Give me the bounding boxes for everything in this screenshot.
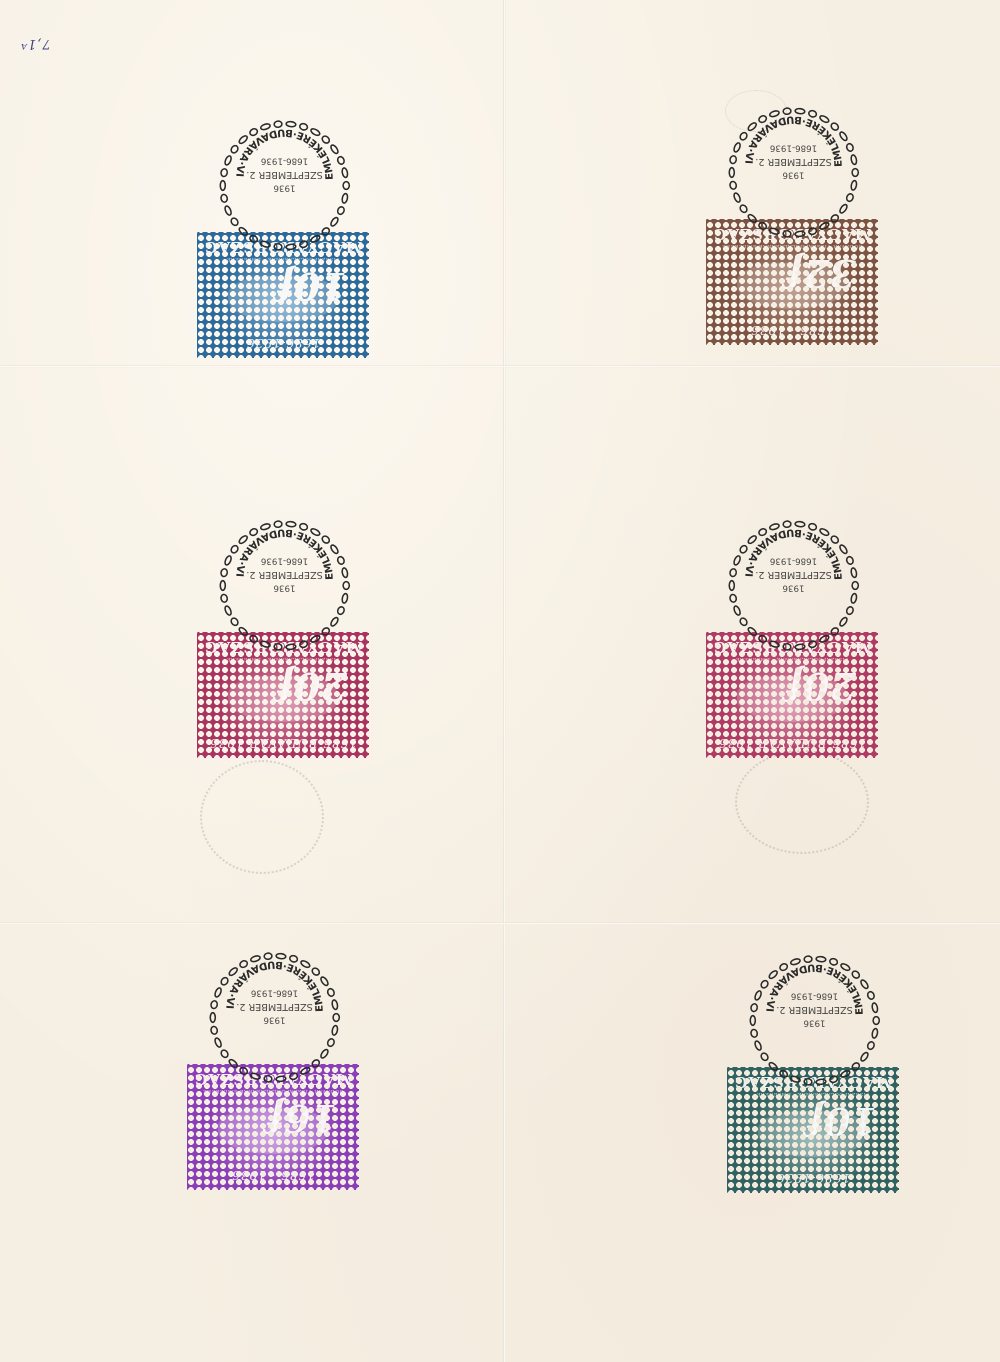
svg-text:1936: 1936 <box>803 1018 825 1028</box>
stamp-denomination: 32f <box>787 251 856 296</box>
stamp-ribbon-text: VISSZAFOGLALÁSÁNAK · EMLÉKÉRE <box>756 1091 869 1097</box>
ghost-postmark-offset <box>200 760 324 874</box>
pencil-annotation: 7,1ᴬ <box>20 36 51 51</box>
stamp-denomination: 10f <box>808 1099 877 1144</box>
stamp-vignette: 32f <box>714 249 870 323</box>
svg-text:1686-1936: 1686-1936 <box>791 991 838 1001</box>
svg-text:SZEPTEMBER 2.: SZEPTEMBER 2. <box>776 1004 852 1015</box>
postmark-svg: K·EMLÉKÉRE·BUDAVÁRA·VISS1686-1936SZEPTEM… <box>747 953 882 1088</box>
chain-postmark: K·EMLÉKÉRE·BUDAVÁRA·VISS1686-1936SZEPTEM… <box>217 518 352 653</box>
svg-text:SZEPTEMBER 2.: SZEPTEMBER 2. <box>755 156 831 167</box>
stamp-denomination: 20f <box>278 664 347 709</box>
stamp-ribbon-text: BUDAVÁR VISSZAFOGLALÁSÁNAK EMLÉKÉRE <box>722 243 863 249</box>
stamp-ribbon-text: BUDAVÁR VISSZAFOGLALÁSÁNAK EMLÉKÉRE <box>203 1088 344 1094</box>
svg-text:1686-1936: 1686-1936 <box>261 156 308 166</box>
stamp-denomination: 20f <box>787 664 856 709</box>
postmark-svg: K·EMLÉKÉRE·BUDAVÁRA·VISS1686-1936SZEPTEM… <box>217 518 352 653</box>
stamp-denomination: 16f <box>268 1096 337 1141</box>
stamp-with-postmark-middle-right: 1686 BUDAVÁR 1936 20f VISSZAFOGLALÁSÁNAK… <box>706 518 896 758</box>
stamp-ribbon-text: VISSZAFOGLALÁSÁNAK · EMLÉKÉRE <box>735 656 848 662</box>
chain-postmark: K·EMLÉKÉRE·BUDAVÁRA·VISS1686-1936SZEPTEM… <box>217 118 352 253</box>
svg-text:SZEPTEMBER 2.: SZEPTEMBER 2. <box>246 169 322 180</box>
chain-postmark: K·EMLÉKÉRE·BUDAVÁRA·VISS1686-1936SZEPTEM… <box>726 105 861 240</box>
stamp-vignette: 20f <box>714 662 870 736</box>
stamp-with-postmark-top-right: 1686 · 1936 32f BUDAVÁR VISSZAFOGLALÁSÁN… <box>706 105 896 345</box>
stamp-with-postmark-top-left: 1686-1936 10f VISSZAFOGLALÁSÁNAK · EMLÉK… <box>197 118 387 358</box>
postmark-svg: K·EMLÉKÉRE·BUDAVÁRA·VISS1686-1936SZEPTEM… <box>726 518 861 653</box>
postmark-svg: K·EMLÉKÉRE·BUDAVÁRA·VISS1686-1936SZEPTEM… <box>726 105 861 240</box>
stamp-with-postmark-bottom-right: 1686-1936 10f VISSZAFOGLALÁSÁNAK · EMLÉK… <box>727 953 917 1193</box>
stamp-years: 1686 · 1936 <box>750 323 834 337</box>
svg-text:1686-1936: 1686-1936 <box>770 143 817 153</box>
horizontal-fold-line-upper <box>0 365 1000 368</box>
chain-postmark: K·EMLÉKÉRE·BUDAVÁRA·VISS1686-1936SZEPTEM… <box>726 518 861 653</box>
svg-text:1936: 1936 <box>273 583 295 593</box>
stamp-years: 1686 · 1936 <box>231 1168 315 1182</box>
vertical-fold-line <box>503 0 506 1362</box>
svg-text:SZEPTEMBER 2.: SZEPTEMBER 2. <box>755 569 831 580</box>
stamp-with-postmark-middle-left: 1686 BUDAVÁR 1936 20f VISSZAFOGLALÁSÁNAK… <box>197 518 387 758</box>
stamp-ribbon-text: VISSZAFOGLALÁSÁNAK · EMLÉKÉRE <box>226 656 339 662</box>
svg-text:SZEPTEMBER 2.: SZEPTEMBER 2. <box>236 1001 312 1012</box>
stamp-denomination: 10f <box>278 264 347 309</box>
chain-postmark: K·EMLÉKÉRE·BUDAVÁRA·VISS1686-1936SZEPTEM… <box>747 953 882 1088</box>
svg-text:SZEPTEMBER 2.: SZEPTEMBER 2. <box>246 569 322 580</box>
stamp-sheet: 7,1ᴬ 1686-1936 10f VISSZAFOGLALÁSÁNAK · … <box>0 0 1000 1362</box>
stamp-with-postmark-bottom-left: 1686 · 1936 16f BUDAVÁR VISSZAFOGLALÁSÁN… <box>187 950 377 1190</box>
svg-text:1936: 1936 <box>263 1015 285 1025</box>
stamp-vignette: 10f <box>205 262 361 336</box>
svg-text:1686-1936: 1686-1936 <box>251 988 298 998</box>
stamp-years: 1686 BUDAVÁR 1936 <box>209 736 357 750</box>
stamp-ribbon-text: VISSZAFOGLALÁSÁNAK · EMLÉKÉRE <box>226 256 339 262</box>
horizontal-fold-line-lower <box>0 922 1000 925</box>
chain-postmark: K·EMLÉKÉRE·BUDAVÁRA·VISS1686-1936SZEPTEM… <box>207 950 342 1085</box>
svg-text:1686-1936: 1686-1936 <box>770 556 817 566</box>
stamp-vignette: 16f <box>195 1094 351 1168</box>
svg-text:1936: 1936 <box>782 170 804 180</box>
svg-text:1686-1936: 1686-1936 <box>261 556 308 566</box>
stamp-vignette: 10f <box>735 1097 891 1171</box>
stamp-years: 1686-1936 <box>246 336 320 350</box>
ghost-postmark-offset <box>735 750 869 854</box>
svg-text:1936: 1936 <box>782 583 804 593</box>
postmark-svg: K·EMLÉKÉRE·BUDAVÁRA·VISS1686-1936SZEPTEM… <box>207 950 342 1085</box>
stamp-vignette: 20f <box>205 662 361 736</box>
postmark-svg: K·EMLÉKÉRE·BUDAVÁRA·VISS1686-1936SZEPTEM… <box>217 118 352 253</box>
svg-text:1936: 1936 <box>273 183 295 193</box>
stamp-years: 1686 BUDAVÁR 1936 <box>718 736 866 750</box>
stamp-years: 1686-1936 <box>776 1171 850 1185</box>
